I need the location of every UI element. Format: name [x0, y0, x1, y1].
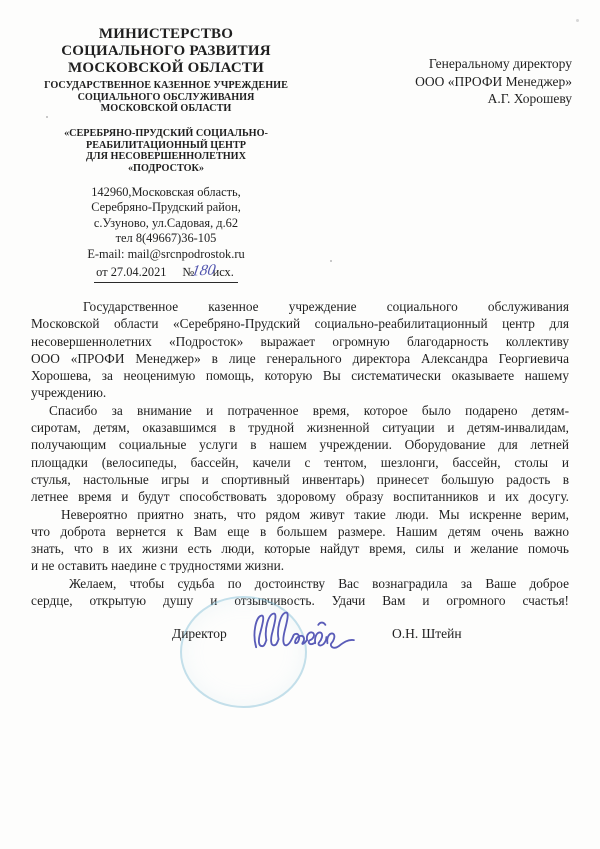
body-line: сердце, открытую душу и отзывчивость. Уд… [31, 592, 569, 609]
body-line: сиротам, детям, оказавшимся в трудной жи… [31, 419, 569, 436]
email-line: E-mail: mail@srcnpodrostok.ru [42, 247, 290, 262]
center-name: «СЕРЕБРЯНО-ПРУДСКИЙ СОЦИАЛЬНО- РЕАБИЛИТА… [42, 128, 290, 175]
body-line: площадки (велосипеды, бассейн, качели с … [31, 454, 569, 471]
institution-line: СОЦИАЛЬНОГО ОБСЛУЖИВАНИЯ [42, 92, 290, 104]
addressee-line: ООО «ПРОФИ Менеджер» [415, 73, 572, 91]
handwritten-signature [248, 608, 360, 660]
letter-body: Государственное казенное учреждение соци… [31, 298, 569, 609]
center-name-line: ДЛЯ НЕСОВЕРШЕННОЛЕТНИХ [42, 151, 290, 163]
institution-line: ГОСУДАРСТВЕННОЕ КАЗЕННОЕ УЧРЕЖДЕНИЕ [42, 80, 290, 92]
address-block: 142960,Московская область, Серебряно-Пру… [42, 185, 290, 262]
body-line: Спасибо за внимание и потраченное время,… [31, 402, 569, 419]
addressee-line: Генеральному директору [415, 55, 572, 73]
phone-line: тел 8(49667)36-105 [42, 231, 290, 246]
center-name-line: «ПОДРОСТОК» [42, 163, 290, 175]
body-line: стулья, настольные игры и спортивный инв… [31, 471, 569, 488]
scan-speck [46, 116, 48, 118]
date-number-underlined: от 27.04.2021№180исх. [94, 263, 238, 283]
body-line: знать, что в их жизни есть люди, которые… [31, 540, 569, 557]
body-line: Желаем, чтобы судьба по достоинству Вас … [31, 575, 569, 592]
body-line: что доброта вернется к Вам еще в большем… [31, 523, 569, 540]
center-name-line: «СЕРЕБРЯНО-ПРУДСКИЙ СОЦИАЛЬНО- [42, 128, 290, 140]
addressee-block: Генеральному директору ООО «ПРОФИ Менедж… [415, 55, 572, 108]
signer-title: Директор [172, 626, 227, 642]
body-line: Невероятно приятно знать, что рядом живу… [31, 506, 569, 523]
letterhead: МИНИСТЕРСТВО СОЦИАЛЬНОГО РАЗВИТИЯ МОСКОВ… [42, 26, 290, 283]
institution-name: ГОСУДАРСТВЕННОЕ КАЗЕННОЕ УЧРЕЖДЕНИЕ СОЦИ… [42, 80, 290, 115]
address-line: с.Узуново, ул.Садовая, д.62 [42, 216, 290, 231]
signer-name: О.Н. Штейн [392, 626, 462, 642]
date-number-row: от 27.04.2021№180исх. [42, 263, 290, 283]
scan-speck [330, 260, 332, 262]
ministry-line: МОСКОВСКОЙ ОБЛАСТИ [42, 60, 290, 77]
center-name-line: РЕАБИЛИТАЦИОННЫЙ ЦЕНТР [42, 140, 290, 152]
ministry-line: МИНИСТЕРСТВО [42, 26, 290, 43]
body-line: Московской области «Серебряно-Прудский с… [31, 315, 569, 332]
ministry-name: МИНИСТЕРСТВО СОЦИАЛЬНОГО РАЗВИТИЯ МОСКОВ… [42, 26, 290, 77]
body-line: и не оставить наедине с трудностями жизн… [31, 557, 569, 574]
handwritten-outgoing-number: 180 [191, 261, 217, 280]
address-line: 142960,Московская область, [42, 185, 290, 200]
letter-date: от 27.04.2021 [96, 265, 166, 279]
body-line: ООО «ПРОФИ Менеджер» в лице генерального… [31, 350, 569, 367]
scan-speck [576, 19, 579, 22]
body-line: получающим социальные услуги в нашем учр… [31, 436, 569, 453]
ministry-line: СОЦИАЛЬНОГО РАЗВИТИЯ [42, 43, 290, 60]
body-line: летнее время и будут способствовать здор… [31, 488, 569, 505]
addressee-line: А.Г. Хорошеву [415, 90, 572, 108]
letter-page: МИНИСТЕРСТВО СОЦИАЛЬНОГО РАЗВИТИЯ МОСКОВ… [0, 0, 600, 849]
body-line: несовершеннолетних «Подросток» выражает … [31, 333, 569, 350]
body-line: Государственное казенное учреждение соци… [31, 298, 569, 315]
address-line: Серебряно-Прудский район, [42, 200, 290, 215]
body-line: Хорошева, за неоценимую помощь, которую … [31, 367, 569, 384]
institution-line: МОСКОВСКОЙ ОБЛАСТИ [42, 103, 290, 115]
body-line: учреждению. [31, 384, 569, 401]
